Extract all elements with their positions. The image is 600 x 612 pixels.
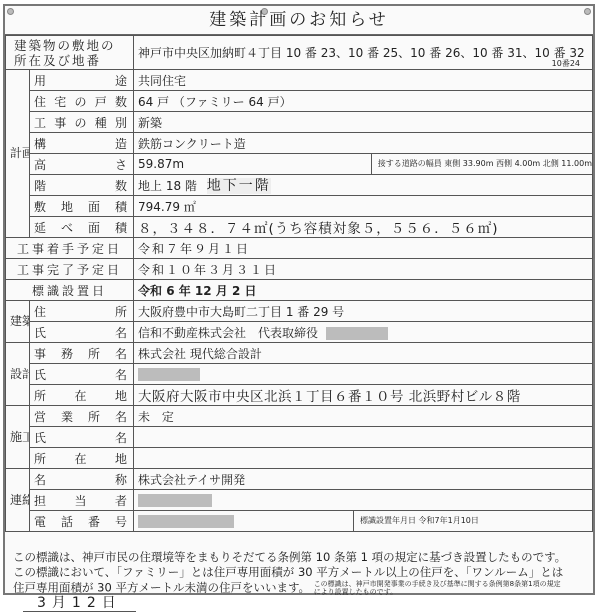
plan-value: 共同住宅 — [134, 70, 593, 91]
date-stamp: 3月12日 — [23, 596, 136, 600]
road-west-value: 4.00m — [515, 159, 541, 168]
site-address: 神戸市中央区加納町４丁目 10 番 23、10 番 25、10 番 26、10 … — [138, 46, 585, 60]
owner-group-label: 建築主 — [6, 301, 30, 343]
road-east-value: 33.90m — [463, 159, 494, 168]
plan-label: 高さ — [30, 154, 134, 175]
schedule-label: 標識設置日 — [6, 280, 134, 301]
contractor-label: 氏名 — [30, 427, 134, 448]
plan-label: 構造 — [30, 133, 134, 154]
sign-title: 建築計画のお知らせ — [5, 6, 593, 35]
contractor-label: 所在地 — [30, 448, 134, 469]
info-table: 建築物の敷地の所在及び地番 神戸市中央区加納町４丁目 10 番 23、10 番 … — [5, 35, 593, 532]
footer-small-note: この標識は、神戸市開発事業の手続き及び基準に関する条例第8条第1項の規定 により… — [314, 580, 561, 596]
sign-date-note: 標識設置年月日 令和7年1月10日 — [353, 511, 592, 531]
designer-row-name: 氏名 — [6, 364, 593, 385]
plan-label: 延べ面積 — [30, 217, 134, 238]
owner-label: 住所 — [30, 301, 134, 322]
site-row: 建築物の敷地の所在及び地番 神戸市中央区加納町４丁目 10 番 23、10 番 … — [6, 36, 593, 70]
contractor-value — [134, 448, 593, 469]
owner-row-address: 建築主 住所 大阪府豊中市大島町二丁目 1 番 29 号 — [6, 301, 593, 322]
redacted-block — [138, 368, 200, 381]
redacted-block — [138, 515, 234, 528]
owner-label: 氏名 — [30, 322, 134, 343]
contact-row-name: 連絡先 名称 株式会社テイサ開発 — [6, 469, 593, 490]
owner-value: 信和不動産株式会社 代表取締役 — [134, 322, 593, 343]
designer-label: 氏名 — [30, 364, 134, 385]
contact-value — [134, 490, 593, 511]
redacted-block — [138, 494, 212, 507]
plan-row-structure: 構造 鉄筋コンクリート造 — [6, 133, 593, 154]
schedule-label: 工事完了予定日 — [6, 259, 134, 280]
plan-group-label: 計画建築物 — [6, 70, 30, 238]
redacted-block — [326, 327, 388, 340]
schedule-label: 工事着手予定日 — [6, 238, 134, 259]
plan-value-floors: 地上 18 階 地下一階 — [134, 175, 593, 196]
contractor-row-name: 氏名 — [6, 427, 593, 448]
site-value: 神戸市中央区加納町４丁目 10 番 23、10 番 25、10 番 26、10 … — [134, 36, 593, 70]
schedule-row-sign: 標識設置日 令和 6 年 12 月 2 日 — [6, 280, 593, 301]
designer-row-location: 所在地 大阪府大阪市中央区北浜１丁目６番１０号 北浜野村ビル８階 — [6, 385, 593, 406]
plan-row-height: 高さ 59.87m 接する道路の幅員 東側 33.90m 西側 4.00m 北側… — [6, 154, 593, 175]
plan-row-units: 住宅の戸数 64 戸 （ファミリー 64 戸） — [6, 91, 593, 112]
plan-value: ８，３４８．７４㎡(うち容積対象５，５５６．５６㎡) — [134, 217, 593, 238]
contact-label: 名称 — [30, 469, 134, 490]
road-north-label: 北側 — [543, 159, 559, 168]
site-sub-note: 10番24 — [552, 58, 580, 69]
plan-row-use: 計画建築物 用途 共同住宅 — [6, 70, 593, 91]
schedule-row-start: 工事着手予定日 令和７年９月１日 — [6, 238, 593, 259]
designer-value: 大阪府大阪市中央区北浜１丁目６番１０号 北浜野村ビル８階 — [134, 385, 593, 406]
contact-label: 担当者 — [30, 490, 134, 511]
footer-line-3-wrap: 住戸専用面積が 30 平方メートル未満の住戸をいいます。 この標識は、神戸市開発… — [13, 580, 585, 600]
contractor-label: 営業所名 — [30, 406, 134, 427]
contact-row-phone: 電話番号 標識設置年月日 令和7年1月10日 — [6, 511, 593, 532]
schedule-row-end: 工事完了予定日 令和１０年３月３１日 — [6, 259, 593, 280]
designer-label: 所在地 — [30, 385, 134, 406]
owner-name: 信和不動産株式会社 代表取締役 — [138, 326, 318, 340]
footer-small-note-2: により設置したものです。 — [314, 588, 397, 596]
contact-row-person: 担当者 — [6, 490, 593, 511]
designer-group-label: 設計者 — [6, 343, 30, 406]
contractor-value: 未 定 — [134, 406, 593, 427]
contractor-group-label: 施工者 — [6, 406, 30, 469]
plan-row-floors: 階数 地上 18 階 地下一階 — [6, 175, 593, 196]
contact-label: 電話番号 — [30, 511, 134, 532]
plan-row-type: 工事の種別 新築 — [6, 112, 593, 133]
schedule-value: 令和１０年３月３１日 — [134, 259, 593, 280]
plan-value: 鉄筋コンクリート造 — [134, 133, 593, 154]
plan-value: 新築 — [134, 112, 593, 133]
road-width-label: 接する道路の幅員 — [378, 159, 442, 168]
plan-label: 用途 — [30, 70, 134, 91]
plan-row-floor-area: 延べ面積 ８，３４８．７４㎡(うち容積対象５，５５６．５６㎡) — [6, 217, 593, 238]
designer-row-office: 設計者 事務所名 株式会社 現代総合設計 — [6, 343, 593, 364]
height-value: 59.87m — [138, 157, 184, 171]
contact-value: 標識設置年月日 令和7年1月10日 — [134, 511, 593, 532]
building-plan-sign: 建築計画のお知らせ 建築物の敷地の所在及び地番 神戸市中央区加納町４丁目 10 … — [3, 4, 595, 595]
schedule-value: 令和 6 年 12 月 2 日 — [134, 280, 593, 301]
road-west-label: 西側 — [496, 159, 512, 168]
designer-label: 事務所名 — [30, 343, 134, 364]
plan-label: 住宅の戸数 — [30, 91, 134, 112]
designer-value — [134, 364, 593, 385]
plan-label: 敷地面積 — [30, 196, 134, 217]
road-width: 接する道路の幅員 東側 33.90m 西側 4.00m 北側 11.00m — [371, 154, 592, 174]
schedule-value: 令和７年９月１日 — [134, 238, 593, 259]
floors-above: 地上 18 階 — [138, 179, 197, 193]
footer-small-note-1: この標識は、神戸市開発事業の手続き及び基準に関する条例第8条第1項の規定 — [314, 580, 561, 588]
owner-value: 大阪府豊中市大島町二丁目 1 番 29 号 — [134, 301, 593, 322]
footer-line-1: この標識は、神戸市民の住環境等をまもりそだてる条例第 10 条第 1 項の規定に… — [13, 550, 585, 565]
footer-line-2: この標識において、「ファミリー」とは住戸専用面積が 30 平方メートル以上の住戸… — [13, 565, 585, 580]
footer-line-3: 住戸専用面積が 30 平方メートル未満の住戸をいいます。 — [13, 581, 310, 595]
road-north-value: 11.00m — [561, 159, 592, 168]
contractor-row-office: 施工者 営業所名 未 定 — [6, 406, 593, 427]
plan-value: 794.79 ㎡ — [134, 196, 593, 217]
plan-value-height: 59.87m 接する道路の幅員 東側 33.90m 西側 4.00m 北側 11… — [134, 154, 593, 175]
site-label: 建築物の敷地の所在及び地番 — [6, 36, 134, 70]
contractor-value — [134, 427, 593, 448]
contractor-row-location: 所在地 — [6, 448, 593, 469]
plan-row-site-area: 敷地面積 794.79 ㎡ — [6, 196, 593, 217]
road-east-label: 東側 — [444, 159, 460, 168]
footer-notes: この標識は、神戸市民の住環境等をまもりそだてる条例第 10 条第 1 項の規定に… — [5, 548, 593, 595]
plan-label: 工事の種別 — [30, 112, 134, 133]
plan-label: 階数 — [30, 175, 134, 196]
plan-value: 64 戸 （ファミリー 64 戸） — [134, 91, 593, 112]
designer-value: 株式会社 現代総合設計 — [134, 343, 593, 364]
contact-value: 株式会社テイサ開発 — [134, 469, 593, 490]
owner-row-name: 氏名 信和不動産株式会社 代表取締役 — [6, 322, 593, 343]
floors-below: 地下一階 — [207, 178, 271, 194]
contact-group-label: 連絡先 — [6, 469, 30, 532]
